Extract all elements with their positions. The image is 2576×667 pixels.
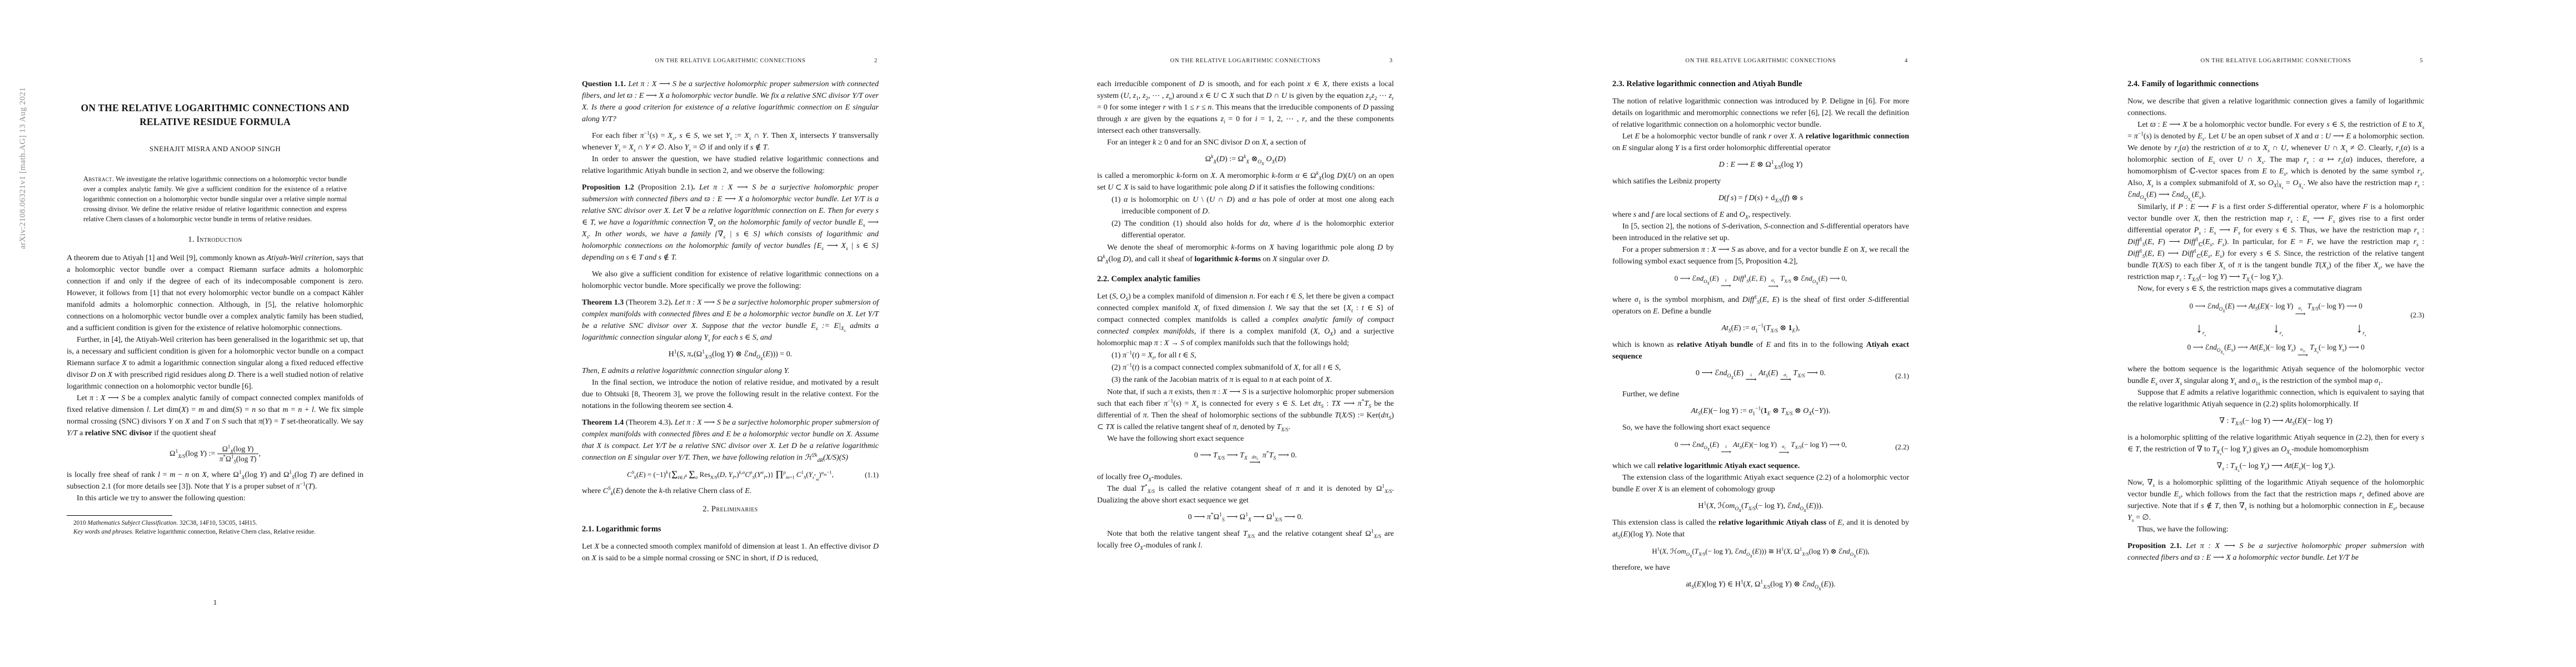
display-formula: ∇s : TXs(− log Ys) ⟶ At(Es)(− log Ys). <box>2127 460 2424 472</box>
paragraph: Let X be a connected smooth complex mani… <box>582 541 879 564</box>
display-formula: ΩkX(D) := ΩkX ⊗OX OX(D) <box>1097 153 1394 165</box>
paragraph-text: A theorem due to Atiyah [1] and Weil [9]… <box>67 254 363 332</box>
paragraph: In the final section, we introduce the n… <box>582 377 879 412</box>
paragraph-text: which we call relative logarithmic Atiya… <box>1612 462 1800 470</box>
display-formula-text: D : E ⟶ E ⊗ Ω1X/S(log Y) <box>1719 161 1803 169</box>
page-2: ON THE RELATIVE LOGARITHMIC CONNECTIONS … <box>515 0 1030 667</box>
paragraph-text: where CSk(E) denote the k-th relative Ch… <box>582 487 751 495</box>
paragraph-text: In [5, section 2], the notions of S-deri… <box>1612 222 1909 242</box>
paragraph: Further, in [4], the Atiyah-Weil criteri… <box>67 334 363 392</box>
display-formula: atS(E)(log Y) ∈ H1(X, Ω1X/S(log Y) ⊗ ℰnd… <box>1612 579 1909 590</box>
display-formula-text: AtS(E) := σ1−1(TX/S ⊗ 1E), <box>1721 324 1800 332</box>
down-arrow-icon: ↓rs <box>2356 317 2366 341</box>
paragraph-text: So, we have the following short exact se… <box>1622 424 1770 432</box>
down-arrow-stem: ↓ <box>2356 321 2363 336</box>
paragraph-text: which satifies the Leibniz property <box>1612 177 1721 186</box>
paragraph: A theorem due to Atiyah [1] and Weil [9]… <box>67 252 363 334</box>
list-item-text: (2) π−1(t) is a compact connected comple… <box>1112 364 1341 372</box>
display-formula: 0 ⟶ ℰndOX(E) i⟶ AtS(E) σ1⟶ TX/S ⟶ 0.(2.1… <box>1612 367 1909 384</box>
display-formula-text: 0 ⟶ ℰndOX(E) i⟶ Diff1S(E, E) σ1⟶ TX/S ⊗ … <box>1675 274 1847 282</box>
equation-number: (2.3) <box>2410 309 2424 321</box>
paragraph-text: Similarly, if P : E ⟶ F is a first order… <box>2127 203 2424 281</box>
paragraph: is locally free sheaf of rank l = m − n … <box>67 469 363 492</box>
paragraph-text: Now, ∇s is a holomorphic splitting of th… <box>2127 479 2424 522</box>
equation-number: (2.1) <box>1895 370 1909 381</box>
paragraph: Then, E admits a relative logarithmic co… <box>582 365 879 377</box>
running-header: ON THE RELATIVE LOGARITHMIC CONNECTIONS … <box>2127 58 2424 64</box>
paragraph-text: Further, in [4], the Atiyah-Weil criteri… <box>67 336 363 391</box>
list-item: (1) π−1(t) = Xt, for all t ∈ S, <box>1097 350 1394 361</box>
paragraph: which satifies the Leibniz property <box>1612 176 1909 187</box>
paragraph-text: The extension class of the logarithmic A… <box>1612 474 1909 494</box>
footnote-line-text: Key words and phrases. Relative logarith… <box>73 529 316 535</box>
diagram-top-row: 0 ⟶ ℰndOX(E) ⟶ AtS(E)(− log Y) σ1⟶ TX/S(… <box>2127 300 2424 317</box>
paragraph: The notion of relative logarithmic conne… <box>1612 96 1909 131</box>
theorem-paragraph: Proposition 1.2 (Proposition 2.1). Let π… <box>582 182 879 263</box>
theorem-paragraph: Proposition 2.1. Let π : X ⟶ S be a surj… <box>2127 540 2424 564</box>
page-1: ON THE RELATIVE LOGARITHMIC CONNECTIONS … <box>0 0 515 667</box>
theorem-paragraph: Question 1.1. Let π : X ⟶ S be a surject… <box>582 78 879 125</box>
page-4-text-block: ON THE RELATIVE LOGARITHMIC CONNECTIONS … <box>1612 0 1909 590</box>
paragraph: Further, we define <box>1612 389 1909 400</box>
paragraph: We have the following short exact sequen… <box>1097 433 1394 445</box>
footnote-line: Key words and phrases. Relative logarith… <box>67 527 363 537</box>
paragraph: Now, ∇s is a holomorphic splitting of th… <box>2127 477 2424 524</box>
paragraph: The dual T*X/S is called the relative co… <box>1097 483 1394 506</box>
paper-title: ON THE RELATIVE LOGARITHMIC CONNECTIONS … <box>72 101 358 129</box>
paragraph: Let π : X ⟶ S be a complex analytic fami… <box>67 392 363 439</box>
page-2-text-block: ON THE RELATIVE LOGARITHMIC CONNECTIONS … <box>582 0 879 564</box>
paragraph-text: which is known as relative Atiyah bundle… <box>1612 341 1909 361</box>
paragraph: Note that, if such a π exists, then π : … <box>1097 386 1394 433</box>
paragraph: In [5, section 2], the notions of S-deri… <box>1612 221 1909 244</box>
display-formula: D : E ⟶ E ⊗ Ω1X/S(log Y) <box>1612 159 1909 171</box>
display-formula: H1(X, ℋomOX(TX/S(− log Y), ℰndOX(E))). <box>1612 500 1909 512</box>
equation-number: (1.1) <box>865 469 879 480</box>
paragraph-text: of locally free OX-modules. <box>1097 473 1183 481</box>
paragraph-text: This extension class is called the relat… <box>1612 519 1909 539</box>
display-formula-text: H1(X, ℋomOX(TX/S(− log Y), ℰndOX(E))) ≅ … <box>1652 547 1869 555</box>
theorem-paragraph-text: Proposition 1.2 (Proposition 2.1). Let π… <box>582 183 879 262</box>
display-formula-text: H1(S, π*(Ω1X/S(log Y) ⊗ ℰndOX(E))) = 0. <box>669 350 792 359</box>
display-formula: AtS(E)(− log Y) := σ1−1(1E ⊗ TX/S ⊗ OX(−… <box>1612 405 1909 417</box>
running-header-title: ON THE RELATIVE LOGARITHMIC CONNECTIONS <box>2201 58 2351 64</box>
paper-title-text: ON THE RELATIVE LOGARITHMIC CONNECTIONS … <box>81 102 350 127</box>
paragraph-text: The notion of relative logarithmic conne… <box>1612 97 1909 129</box>
paragraph-text: therefore, we have <box>1612 564 1670 572</box>
display-formula-text: ∇s : TXs(− log Ys) ⟶ At(Es)(− log Ys). <box>2217 462 2335 470</box>
display-formula-text: 0 ⟶ ℰndOX(E) i⟶ AtS(E)(− log Y) σ1⟶ TX/S… <box>1675 440 1847 449</box>
list-item-text: (3) the rank of the Jacobian matrix of π… <box>1112 376 1332 384</box>
list-item-text: (2) The condition (1) should also holds … <box>1112 220 1394 240</box>
section-heading-text: 2. Preliminaries <box>702 505 758 514</box>
display-formula: D(f s) = f D(s) + dX/S(f) ⊗ s <box>1612 192 1909 204</box>
page-3-text-block: ON THE RELATIVE LOGARITHMIC CONNECTIONS … <box>1097 0 1394 551</box>
display-formula-text: ΩkX(D) := ΩkX ⊗OX OX(D) <box>1205 155 1286 163</box>
running-header: ON THE RELATIVE LOGARITHMIC CONNECTIONS … <box>582 58 879 64</box>
paragraph-text: Suppose that E admits a relative logarit… <box>2127 389 2424 409</box>
section-heading-text: 1. Introduction <box>188 235 242 244</box>
footnote-line-text: 2010 Mathematics Subject Classification.… <box>73 520 257 526</box>
theorem-paragraph-text: Theorem 1.3 (Theorem 3.2). Let π : X ⟶ S… <box>582 298 879 342</box>
list-item: (1) α is holomorphic on U \ (U ∩ D) and … <box>1097 194 1394 217</box>
subsection-heading: 2.2. Complex analytic families <box>1097 273 1394 285</box>
paragraph-text: Let π : X ⟶ S be a complex analytic fami… <box>67 394 363 437</box>
down-arrow-stem: ↓ <box>2196 321 2203 336</box>
theorem-paragraph-text: Question 1.1. Let π : X ⟶ S be a surject… <box>582 80 879 123</box>
paragraph: For an integer k ≥ 0 and for an SNC divi… <box>1097 137 1394 148</box>
paragraph-text: In this article we try to answer the fol… <box>77 494 246 502</box>
commutative-diagram: 0 ⟶ ℰndOX(E) ⟶ AtS(E)(− log Y) σ1⟶ TX/S(… <box>2127 300 2424 358</box>
paper-authors: SNEHAJIT MISRA AND ANOOP SINGH <box>67 143 363 155</box>
paragraph-text: is a holomorphic splitting of the relati… <box>2127 434 2424 454</box>
paragraph-text: is called a meromorphic k-form on X. A m… <box>1097 172 1394 192</box>
paragraph-text: Let X be a connected smooth complex mani… <box>582 542 879 563</box>
paper-abstract-text: Abstract. We investigate the relative lo… <box>83 175 347 223</box>
running-header-title: ON THE RELATIVE LOGARITHMIC CONNECTIONS <box>1686 58 1836 64</box>
display-formula: Ω1X/S(log Y) := Ω1X(log Y)π*Ω1S(log T), <box>67 444 363 464</box>
down-arrow-stem: ↓ <box>2273 321 2280 336</box>
paragraph: which is known as relative Atiyah bundle… <box>1612 339 1909 362</box>
list-item: (2) The condition (1) should also holds … <box>1097 218 1394 241</box>
paragraph: This extension class is called the relat… <box>1612 517 1909 540</box>
page-3: ON THE RELATIVE LOGARITHMIC CONNECTIONS … <box>1030 0 1546 667</box>
paragraph-text: For a proper submersion π : X ⟶ S as abo… <box>1612 246 1909 266</box>
paragraph: The extension class of the logarithmic A… <box>1612 472 1909 495</box>
paragraph: We also give a sufficient condition for … <box>582 268 879 292</box>
footnote-rule <box>67 515 172 516</box>
paragraph: So, we have the following short exact se… <box>1612 422 1909 434</box>
paragraph-text: is locally free sheaf of rank l = m − n … <box>67 471 363 491</box>
display-formula-text: Ω1X/S(log Y) := Ω1X(log Y)π*Ω1S(log T), <box>170 450 261 458</box>
display-formula: AtS(E) := σ1−1(TX/S ⊗ 1E), <box>1612 322 1909 334</box>
running-header-page-number: 4 <box>1905 58 1908 64</box>
paragraph-text: In order to answer the question, we have… <box>582 155 879 175</box>
subsection-heading: 2.3. Relative logarithmic connection and… <box>1612 78 1909 90</box>
paragraph: Now, for every s ∈ S, the restriction ma… <box>2127 283 2424 295</box>
down-arrow-icon: ↓rs <box>2273 317 2283 341</box>
paragraph: where σ1 is the symbol morphism, and Dif… <box>1612 294 1909 317</box>
running-header-title: ON THE RELATIVE LOGARITHMIC CONNECTIONS <box>1170 58 1321 64</box>
running-header-title: ON THE RELATIVE LOGARITHMIC CONNECTIONS <box>655 58 806 64</box>
restriction-map-label: rs <box>2363 331 2366 336</box>
theorem-paragraph: Theorem 1.3 (Theorem 3.2). Let π : X ⟶ S… <box>582 297 879 344</box>
paragraph-text: In the final section, we introduce the n… <box>582 379 879 410</box>
theorem-paragraph: Theorem 1.4 (Theorem 4.3). Let π : X ⟶ S… <box>582 417 879 464</box>
paragraph: which we call relative logarithmic Atiya… <box>1612 460 1909 472</box>
paragraph-text: Thus, we have the following: <box>2137 525 2229 534</box>
paragraph: where CSk(E) denote the k-th relative Ch… <box>582 485 879 497</box>
display-formula-text: H1(X, ℋomOX(TX/S(− log Y), ℰndOX(E))). <box>1698 502 1823 510</box>
paragraph-text: Now, for every s ∈ S, the restriction ma… <box>2137 285 2362 293</box>
display-formula: 0 ⟶ ℰndOX(E) i⟶ AtS(E)(− log Y) σ1⟶ TX/S… <box>1612 439 1909 455</box>
paragraph: Let ϖ : E ⟶ X be a holomorphic vector bu… <box>2127 119 2424 201</box>
paragraph: In this article we try to answer the fol… <box>67 492 363 504</box>
running-header-page-number: 3 <box>1389 58 1393 64</box>
paragraph-text: Now, we describe that given a relative l… <box>2127 97 2424 117</box>
page-5: ON THE RELATIVE LOGARITHMIC CONNECTIONS … <box>2061 0 2576 667</box>
paragraph-text: where s and f are local sections of E an… <box>1612 211 1791 219</box>
paragraph: Suppose that E admits a relative logarit… <box>2127 387 2424 410</box>
theorem-paragraph-text: Theorem 1.4 (Theorem 4.3). Let π : X ⟶ S… <box>582 419 879 462</box>
paragraph: We denote the sheaf of meromorphic k-for… <box>1097 242 1394 265</box>
paragraph: Now, we describe that given a relative l… <box>2127 96 2424 119</box>
paragraph-text: each irreducible component of D is smoot… <box>1097 80 1394 135</box>
paragraph: Thus, we have the following: <box>2127 524 2424 535</box>
diagram-arrows: ↓rs↓rs↓rs <box>2127 317 2424 341</box>
paragraph: is called a meromorphic k-form on X. A m… <box>1097 170 1394 193</box>
display-formula: 0 ⟶ TX/S ⟶ TX dπS⟶ π*TS ⟶ 0. <box>1097 450 1394 466</box>
paragraph: therefore, we have <box>1612 562 1909 574</box>
equation-number: (2.2) <box>1895 441 1909 453</box>
paragraph-text: Further, we define <box>1622 390 1679 399</box>
page-4: ON THE RELATIVE LOGARITHMIC CONNECTIONS … <box>1546 0 2061 667</box>
subsection-heading-text: 2.3. Relative logarithmic connection and… <box>1612 79 1802 88</box>
page-number: 1 <box>67 598 363 607</box>
paragraph-text: For each fiber π−1(s) = Xs, s ∈ S, we se… <box>582 132 879 152</box>
paragraph-text: Let E be a holomorphic vector bundle of … <box>1612 132 1909 152</box>
paragraph: where s and f are local sections of E an… <box>1612 209 1909 221</box>
paragraph-text: The dual T*X/S is called the relative co… <box>1097 485 1394 505</box>
diagram-bottom-row: 0 ⟶ ℰndOXs(Es) ⟶ At(Es)(− log Ys) σ1s⟶ T… <box>2127 341 2424 358</box>
display-formula-text: 0 ⟶ ℰndOX(E) i⟶ AtS(E) σ1⟶ TX/S ⟶ 0. <box>1696 369 1826 377</box>
running-header: ON THE RELATIVE LOGARITHMIC CONNECTIONS … <box>1612 58 1909 64</box>
footnote-line: 2010 Mathematics Subject Classification.… <box>67 519 363 528</box>
theorem-paragraph-text: Proposition 2.1. Let π : X ⟶ S be a surj… <box>2127 542 2424 562</box>
paragraph: For each fiber π−1(s) = Xs, s ∈ S, we se… <box>582 130 879 153</box>
paragraph-text: Note that, if such a π exists, then π : … <box>1097 388 1394 431</box>
paragraph-text: We have the following short exact sequen… <box>1107 435 1244 443</box>
list-item-text: (1) π−1(t) = Xt, for all t ∈ S, <box>1112 351 1196 360</box>
subsection-heading: 2.1. Logarithmic forms <box>582 524 879 535</box>
subsection-heading-text: 2.2. Complex analytic families <box>1097 275 1200 283</box>
display-formula-text: 0 ⟶ π*Ω1S ⟶ Ω1X ⟶ Ω1X/S ⟶ 0. <box>1188 513 1303 521</box>
display-formula: 0 ⟶ π*Ω1S ⟶ Ω1X ⟶ Ω1X/S ⟶ 0. <box>1097 511 1394 523</box>
paragraph: each irreducible component of D is smoot… <box>1097 78 1394 137</box>
display-formula: H1(X, ℋomOX(TX/S(− log Y), ℰndOX(E))) ≅ … <box>1612 545 1909 557</box>
paragraph: is a holomorphic splitting of the relati… <box>2127 432 2424 455</box>
paragraph: where the bottom sequence is the logarit… <box>2127 364 2424 387</box>
paragraph: Let E be a holomorphic vector bundle of … <box>1612 131 1909 154</box>
display-formula: H1(S, π*(Ω1X/S(log Y) ⊗ ℰndOX(E))) = 0. <box>582 349 879 360</box>
running-header-page-number: 2 <box>874 58 878 64</box>
paragraph: For a proper submersion π : X ⟶ S as abo… <box>1612 244 1909 267</box>
paper-screenshot: { "arxiv_watermark": "arXiv:2108.06321v1… <box>0 0 2576 667</box>
display-formula-text: ∇ : TX/S(− log Y) ⟶ AtS(E)(− log Y) <box>2219 417 2333 425</box>
restriction-map-label: rs <box>2203 331 2206 336</box>
paragraph: Note that both the relative tangent shea… <box>1097 528 1394 551</box>
section-heading: 2. Preliminaries <box>582 504 879 515</box>
paragraph-text: Let ϖ : E ⟶ X be a holomorphic vector bu… <box>2127 121 2424 199</box>
paper-authors-text: SNEHAJIT MISRA AND ANOOP SINGH <box>150 145 281 153</box>
paragraph-text: We also give a sufficient condition for … <box>582 270 879 290</box>
display-formula-text: AtS(E)(− log Y) := σ1−1(1E ⊗ TX/S ⊗ OX(−… <box>1691 407 1831 415</box>
paragraph: Similarly, if P : E ⟶ F is a first order… <box>2127 201 2424 283</box>
display-formula-text: 0 ⟶ TX/S ⟶ TX dπS⟶ π*TS ⟶ 0. <box>1194 451 1297 460</box>
paragraph-text: where the bottom sequence is the logarit… <box>2127 365 2424 385</box>
restriction-map-label: rs <box>2280 331 2283 336</box>
subsection-heading-text: 2.1. Logarithmic forms <box>582 525 661 534</box>
page-5-text-block: ON THE RELATIVE LOGARITHMIC CONNECTIONS … <box>2127 0 2424 564</box>
display-formula-text: atS(E)(log Y) ∈ H1(X, Ω1X/S(log Y) ⊗ ℰnd… <box>1686 580 1836 589</box>
paragraph-text: Note that both the relative tangent shea… <box>1097 530 1394 550</box>
paragraph-text: Then, E admits a relative logarithmic co… <box>582 367 789 375</box>
display-formula: ∇ : TX/S(− log Y) ⟶ AtS(E)(− log Y) <box>2127 415 2424 427</box>
paragraph-text: where σ1 is the symbol morphism, and Dif… <box>1612 296 1909 316</box>
paragraph: In order to answer the question, we have… <box>582 153 879 177</box>
paragraph-text: Let (S, OS) be a complex manifold of dim… <box>1097 292 1394 347</box>
subsection-heading-text: 2.4. Family of logarithmic connections <box>2127 79 2259 88</box>
display-formula-text: D(f s) = f D(s) + dX/S(f) ⊗ s <box>1718 194 1803 202</box>
list-item-text: (1) α is holomorphic on U \ (U ∩ D) and … <box>1112 196 1394 216</box>
section-heading: 1. Introduction <box>67 234 363 246</box>
list-item: (3) the rank of the Jacobian matrix of π… <box>1097 374 1394 386</box>
display-formula-text: CSk(E) = (−1)k{ΣI∈Jk Σα ResX/S(D, YI*)k,… <box>627 470 834 479</box>
down-arrow-icon: ↓rs <box>2196 317 2206 341</box>
display-formula: 0 ⟶ ℰndOX(E) i⟶ Diff1S(E, E) σ1⟶ TX/S ⊗ … <box>1612 272 1909 289</box>
subsection-heading: 2.4. Family of logarithmic connections <box>2127 78 2424 90</box>
running-header-page-number: 5 <box>2420 58 2423 64</box>
paragraph-text: For an integer k ≥ 0 and for an SNC divi… <box>1107 138 1306 147</box>
paragraph: Let (S, OS) be a complex manifold of dim… <box>1097 291 1394 349</box>
page-1-text-block: ON THE RELATIVE LOGARITHMIC CONNECTIONS … <box>67 0 363 537</box>
paragraph: of locally free OX-modules. <box>1097 471 1394 483</box>
display-formula: CSk(E) = (−1)k{ΣI∈Jk Σα ResX/S(D, YI*)k,… <box>582 469 879 480</box>
running-header: ON THE RELATIVE LOGARITHMIC CONNECTIONS … <box>1097 58 1394 64</box>
list-item: (2) π−1(t) is a compact connected comple… <box>1097 362 1394 374</box>
paragraph-text: We denote the sheaf of meromorphic k-for… <box>1097 243 1394 263</box>
paper-abstract: Abstract. We investigate the relative lo… <box>83 174 347 224</box>
